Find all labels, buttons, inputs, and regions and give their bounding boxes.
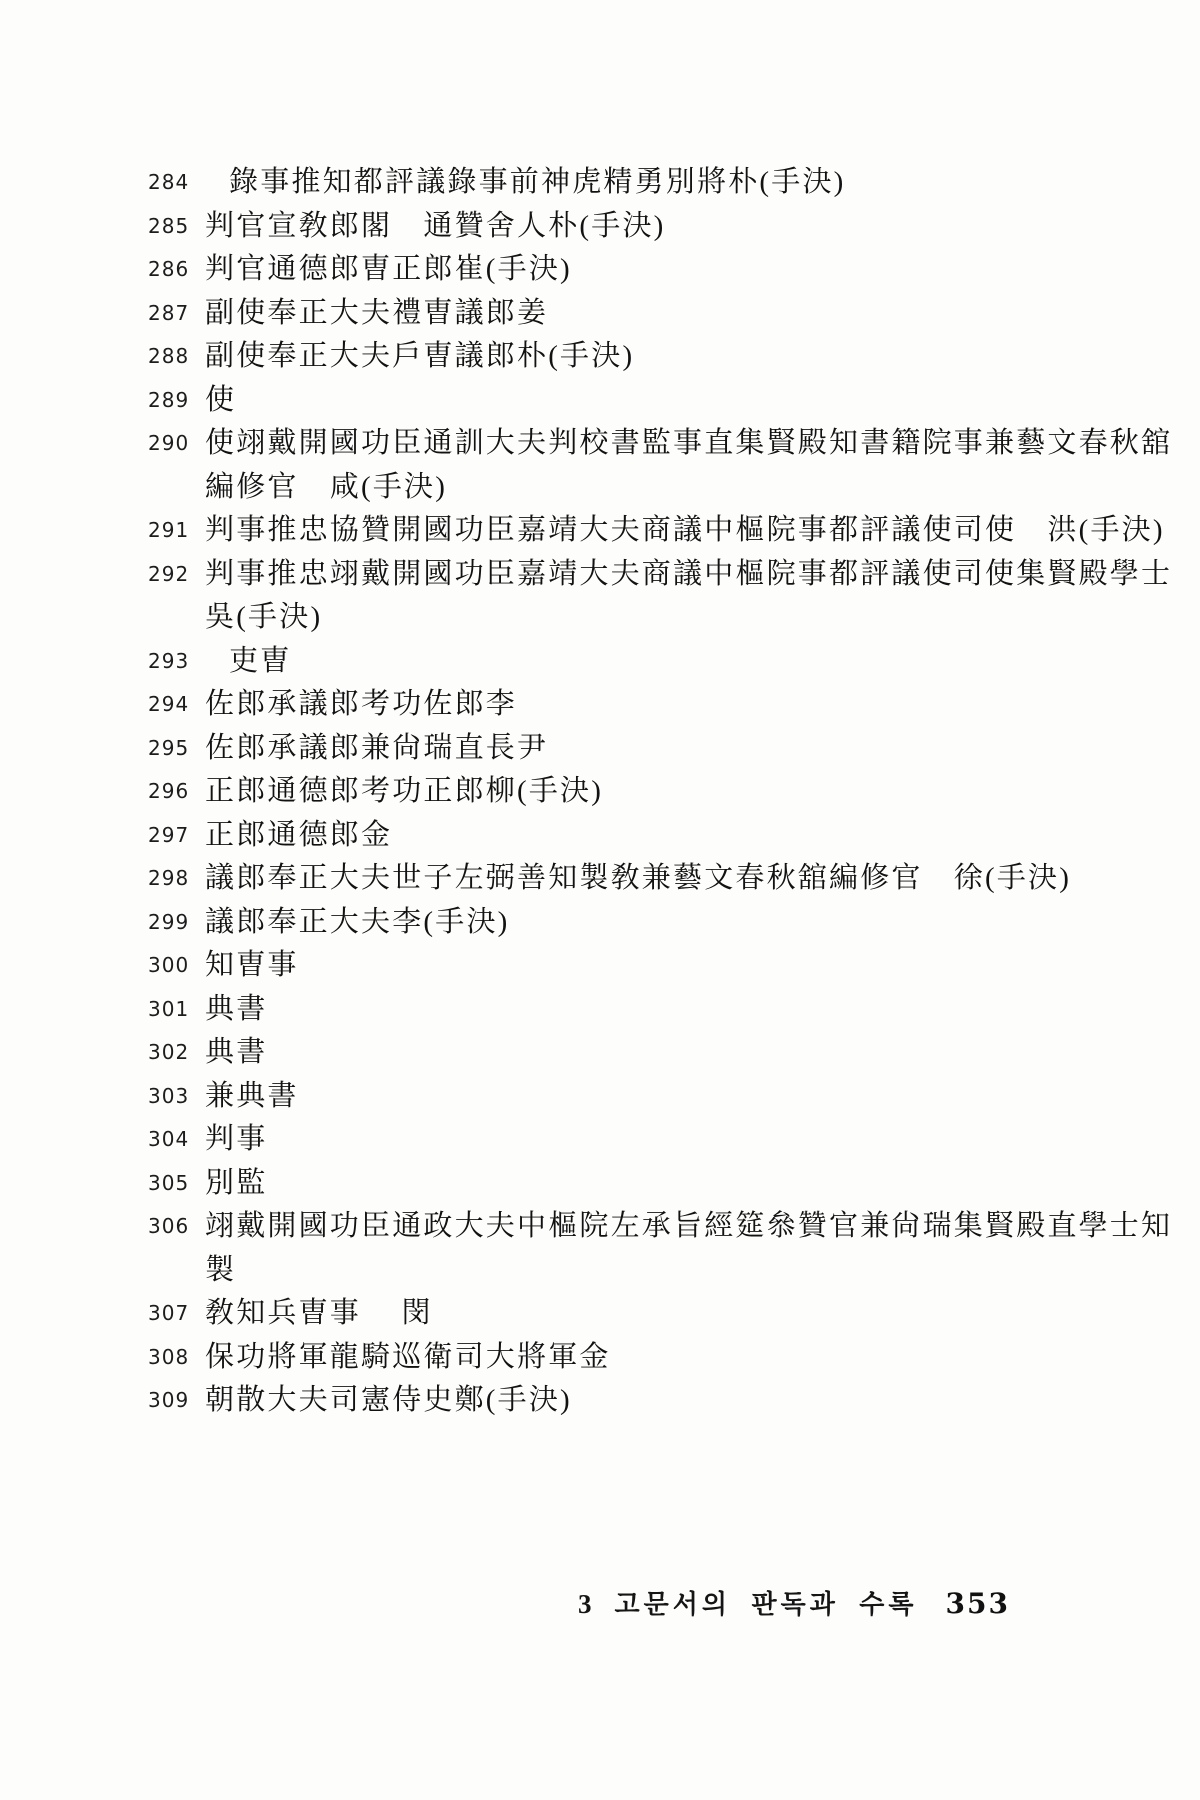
- catalog-entry: 286 判官通德郎曺正郎崔(手決): [148, 248, 1138, 292]
- entry-text-line: 議郎奉正大夫世子左弼善知製敎兼藝文春秋舘編修官 徐(手決): [205, 857, 1138, 901]
- entry-text: 敎知兵曺事 閔: [205, 1292, 1138, 1336]
- entry-number: 284: [148, 161, 205, 205]
- catalog-entry: 285 判官宣敎郎閣 通贊舍人朴(手決): [148, 205, 1138, 249]
- entry-text-line: 典書: [205, 988, 1138, 1032]
- catalog-entry: 296 正郎通德郎考功正郎柳(手決): [148, 770, 1138, 814]
- catalog-entry: 307 敎知兵曺事 閔: [148, 1292, 1138, 1336]
- entry-text-line: 吳(手決): [205, 596, 1172, 640]
- entry-text-line: 錄事推知都評議錄事前神虎精勇別將朴(手決): [229, 161, 1138, 205]
- entry-number: 301: [148, 988, 205, 1032]
- entry-number: 309: [148, 1379, 205, 1423]
- entry-text: 判事: [205, 1118, 1138, 1162]
- catalog-entry: 288 副使奉正大夫戶曺議郎朴(手決): [148, 335, 1138, 379]
- entry-number: 300: [148, 944, 205, 988]
- entry-text-line: 判事推忠協贊開國功臣嘉靖大夫商議中樞院事都評議使司使 洪(手決): [205, 509, 1165, 553]
- catalog-entry: 308 保功將軍龍騎巡衛司大將軍金: [148, 1336, 1138, 1380]
- entry-text-line: 保功將軍龍騎巡衛司大將軍金: [205, 1336, 1138, 1380]
- catalog-entry: 302 典書: [148, 1031, 1138, 1075]
- entry-number: 308: [148, 1336, 205, 1380]
- page-footer: 3고문서의 판독과 수록353: [0, 1584, 1010, 1621]
- catalog-entry: 303 兼典書: [148, 1075, 1138, 1119]
- entry-text: 判事推忠翊戴開國功臣嘉靖大夫商議中樞院事都評議使司使集賢殿學士吳(手決): [205, 553, 1172, 640]
- entry-text: 使翊戴開國功臣通訓大夫判校書監事直集賢殿知書籍院事兼藝文春秋舘編修官 咸(手決): [205, 422, 1172, 509]
- entry-text-line: 判事推忠翊戴開國功臣嘉靖大夫商議中樞院事都評議使司使集賢殿學士: [205, 553, 1172, 597]
- scanned-book-page: 284 錄事推知都評議錄事前神虎精勇別將朴(手決) 285 判官宣敎郎閣 通贊舍…: [0, 0, 1200, 1800]
- entry-text: 錄事推知都評議錄事前神虎精勇別將朴(手決): [205, 161, 1138, 205]
- entry-text-line: 典書: [205, 1031, 1138, 1075]
- entry-text: 兼典書: [205, 1075, 1138, 1119]
- catalog-entry: 294 佐郎承議郎考功佐郎李: [148, 683, 1138, 727]
- entry-number: 287: [148, 292, 205, 336]
- entry-number: 286: [148, 248, 205, 292]
- catalog-entry: 291 判事推忠協贊開國功臣嘉靖大夫商議中樞院事都評議使司使 洪(手決): [148, 509, 1138, 553]
- catalog-entry: 309 朝散大夫司憲侍史鄭(手決): [148, 1379, 1138, 1423]
- catalog-entry: 289 使: [148, 379, 1138, 423]
- entry-text: 知曺事: [205, 944, 1138, 988]
- entry-number: 299: [148, 901, 205, 945]
- entry-number: 285: [148, 205, 205, 249]
- entry-text: 朝散大夫司憲侍史鄭(手決): [205, 1379, 1138, 1423]
- catalog-entry: 293 吏曺: [148, 640, 1138, 684]
- entry-text-line: 佐郎承議郎考功佐郎李: [205, 683, 1138, 727]
- catalog-entry: 298 議郎奉正大夫世子左弼善知製敎兼藝文春秋舘編修官 徐(手決): [148, 857, 1138, 901]
- entry-number: 298: [148, 857, 205, 901]
- entry-text: 吏曺: [205, 640, 1138, 684]
- entry-text-line: 敎知兵曺事 閔: [205, 1292, 1138, 1336]
- entry-text: 判事推忠協贊開國功臣嘉靖大夫商議中樞院事都評議使司使 洪(手決): [205, 509, 1165, 553]
- entry-number: 290: [148, 422, 205, 466]
- entry-number: 293: [148, 640, 205, 684]
- catalog-entry: 299 議郎奉正大夫李(手決): [148, 901, 1138, 945]
- entry-text: 佐郎承議郎兼尙瑞直長尹: [205, 727, 1138, 771]
- entry-text-line: 別監: [205, 1162, 1138, 1206]
- catalog-entry: 300 知曺事: [148, 944, 1138, 988]
- catalog-entry: 295 佐郎承議郎兼尙瑞直長尹: [148, 727, 1138, 771]
- entry-text: 副使奉正大夫禮曺議郎姜: [205, 292, 1138, 336]
- entry-number: 294: [148, 683, 205, 727]
- entry-text-line: 朝散大夫司憲侍史鄭(手決): [205, 1379, 1138, 1423]
- entry-text: 典書: [205, 988, 1138, 1032]
- entry-number: 289: [148, 379, 205, 423]
- catalog-entry: 284 錄事推知都評議錄事前神虎精勇別將朴(手決): [148, 161, 1138, 205]
- entry-text-line: 判事: [205, 1118, 1138, 1162]
- catalog-entry: 304 判事: [148, 1118, 1138, 1162]
- catalog-entry: 292 判事推忠翊戴開國功臣嘉靖大夫商議中樞院事都評議使司使集賢殿學士吳(手決): [148, 553, 1138, 640]
- entry-number: 303: [148, 1075, 205, 1119]
- catalog-entry: 301 典書: [148, 988, 1138, 1032]
- catalog-entry: 287 副使奉正大夫禮曺議郎姜: [148, 292, 1138, 336]
- entry-text: 正郎通德郎考功正郎柳(手決): [205, 770, 1138, 814]
- catalog-entry: 305 別監: [148, 1162, 1138, 1206]
- chapter-number: 3: [578, 1589, 593, 1619]
- entry-text: 使: [205, 379, 1138, 423]
- entry-number: 291: [148, 509, 205, 553]
- entry-text: 判官通德郎曺正郎崔(手決): [205, 248, 1138, 292]
- entry-number: 297: [148, 814, 205, 858]
- entry-text: 翊戴開國功臣通政大夫中樞院左承旨經筵叅贊官兼尙瑞集賢殿直學士知製: [205, 1205, 1172, 1292]
- entry-text-line: 兼典書: [205, 1075, 1138, 1119]
- entry-text-line: 使翊戴開國功臣通訓大夫判校書監事直集賢殿知書籍院事兼藝文春秋舘: [205, 422, 1172, 466]
- entry-text-line: 正郎通德郎考功正郎柳(手決): [205, 770, 1138, 814]
- entry-text-line: 吏曺: [229, 640, 1138, 684]
- entry-text: 議郎奉正大夫世子左弼善知製敎兼藝文春秋舘編修官 徐(手決): [205, 857, 1138, 901]
- entry-number: 304: [148, 1118, 205, 1162]
- entry-text: 議郎奉正大夫李(手決): [205, 901, 1138, 945]
- entry-number: 292: [148, 553, 205, 597]
- catalog-entry: 297 正郎通德郎金: [148, 814, 1138, 858]
- entry-text: 保功將軍龍騎巡衛司大將軍金: [205, 1336, 1138, 1380]
- entry-text-line: 議郎奉正大夫李(手決): [205, 901, 1138, 945]
- entry-text-line: 判官通德郎曺正郎崔(手決): [205, 248, 1138, 292]
- entry-text-line: 製: [205, 1249, 1172, 1293]
- entry-text-line: 佐郎承議郎兼尙瑞直長尹: [205, 727, 1138, 771]
- entry-text: 佐郎承議郎考功佐郎李: [205, 683, 1138, 727]
- catalog-entry: 290 使翊戴開國功臣通訓大夫判校書監事直集賢殿知書籍院事兼藝文春秋舘編修官 咸…: [148, 422, 1138, 509]
- entry-text: 正郎通德郎金: [205, 814, 1138, 858]
- entry-text-line: 知曺事: [205, 944, 1138, 988]
- entry-text-line: 正郎通德郎金: [205, 814, 1138, 858]
- page-number: 353: [946, 1587, 1010, 1620]
- entry-text-line: 判官宣敎郎閣 通贊舍人朴(手決): [205, 205, 1138, 249]
- entry-list: 284 錄事推知都評議錄事前神虎精勇別將朴(手決) 285 判官宣敎郎閣 通贊舍…: [148, 161, 1138, 1423]
- chapter-title: 고문서의 판독과 수록: [615, 1590, 918, 1619]
- entry-number: 296: [148, 770, 205, 814]
- entry-number: 302: [148, 1031, 205, 1075]
- entry-text-line: 副使奉正大夫戶曺議郎朴(手決): [205, 335, 1138, 379]
- entry-text: 典書: [205, 1031, 1138, 1075]
- entry-text-line: 編修官 咸(手決): [205, 466, 1172, 510]
- entry-text-line: 使: [205, 379, 1138, 423]
- entry-number: 306: [148, 1205, 205, 1249]
- catalog-entry: 306 翊戴開國功臣通政大夫中樞院左承旨經筵叅贊官兼尙瑞集賢殿直學士知製: [148, 1205, 1138, 1292]
- entry-number: 295: [148, 727, 205, 771]
- entry-text: 副使奉正大夫戶曺議郎朴(手決): [205, 335, 1138, 379]
- entry-number: 305: [148, 1162, 205, 1206]
- entry-text: 別監: [205, 1162, 1138, 1206]
- entry-number: 307: [148, 1292, 205, 1336]
- entry-text: 判官宣敎郎閣 通贊舍人朴(手決): [205, 205, 1138, 249]
- entry-number: 288: [148, 335, 205, 379]
- entry-text-line: 副使奉正大夫禮曺議郎姜: [205, 292, 1138, 336]
- entry-text-line: 翊戴開國功臣通政大夫中樞院左承旨經筵叅贊官兼尙瑞集賢殿直學士知: [205, 1205, 1172, 1249]
